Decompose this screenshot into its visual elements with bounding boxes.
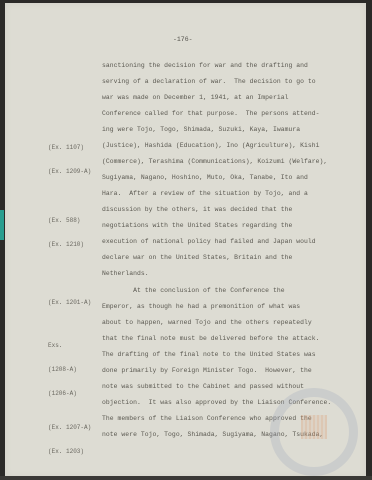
page-number: -176- xyxy=(173,36,193,43)
body-line: The drafting of the final note to the Un… xyxy=(102,351,316,358)
body-line: Netherlands. xyxy=(102,270,149,277)
body-line: Hara. After a review of the situation by… xyxy=(102,190,308,197)
rotunda-icon xyxy=(301,415,327,439)
body-line: declare war on the United States, Britai… xyxy=(102,254,292,261)
body-line: discussion by the others, it was decided… xyxy=(102,206,292,213)
body-line: (Justice), Hashida (Education), Ino (Agr… xyxy=(102,142,320,149)
page-edge xyxy=(0,476,372,480)
body-line: negotiations with the United States rega… xyxy=(102,222,292,229)
body-line: At the conclusion of the Conference the xyxy=(102,287,285,294)
body-line: Emperor, as though he had a premonition … xyxy=(102,303,300,310)
margin-exhibit-note: Exs. (1208-A) (1206-A) xyxy=(48,326,77,414)
body-line: done primarily by Foreign Minister Togo.… xyxy=(102,367,312,374)
body-line: war was made on December 1, 1941, at an … xyxy=(102,94,288,101)
body-line: about to happen, warned Tojo and the oth… xyxy=(102,319,312,326)
margin-exhibit-note: (Ex. 1107) (Ex. 1209-A) xyxy=(48,128,91,192)
body-line: serving of a declaration of war. The dec… xyxy=(102,78,316,85)
body-line: Sugiyama, Nagano, Hoshino, Muto, Oka, Ta… xyxy=(102,174,308,181)
viewer-side-tab xyxy=(0,210,4,240)
body-line: note was submitted to the Cabinet and pa… xyxy=(102,383,304,390)
body-line: ing were Tojo, Togo, Shimada, Suzuki, Ka… xyxy=(102,126,300,133)
body-line: that the final note must be delivered be… xyxy=(102,335,320,342)
university-seal-watermark xyxy=(270,388,358,476)
document-page: -176- sanctioning the decision for war a… xyxy=(5,3,366,477)
margin-exhibit-note: (Ex. 1207-A) (Ex. 1203) xyxy=(48,408,91,472)
margin-exhibit-note: (Ex. 1201-A) xyxy=(48,283,91,323)
body-line: sanctioning the decision for war and the… xyxy=(102,62,308,69)
body-line: Conference called for that purpose. The … xyxy=(102,110,320,117)
margin-exhibit-note: (Ex. 588) (Ex. 1210) xyxy=(48,201,84,265)
body-line: (Commerce), Terashima (Communications), … xyxy=(102,158,327,165)
body-line: execution of national policy had failed … xyxy=(102,238,316,245)
